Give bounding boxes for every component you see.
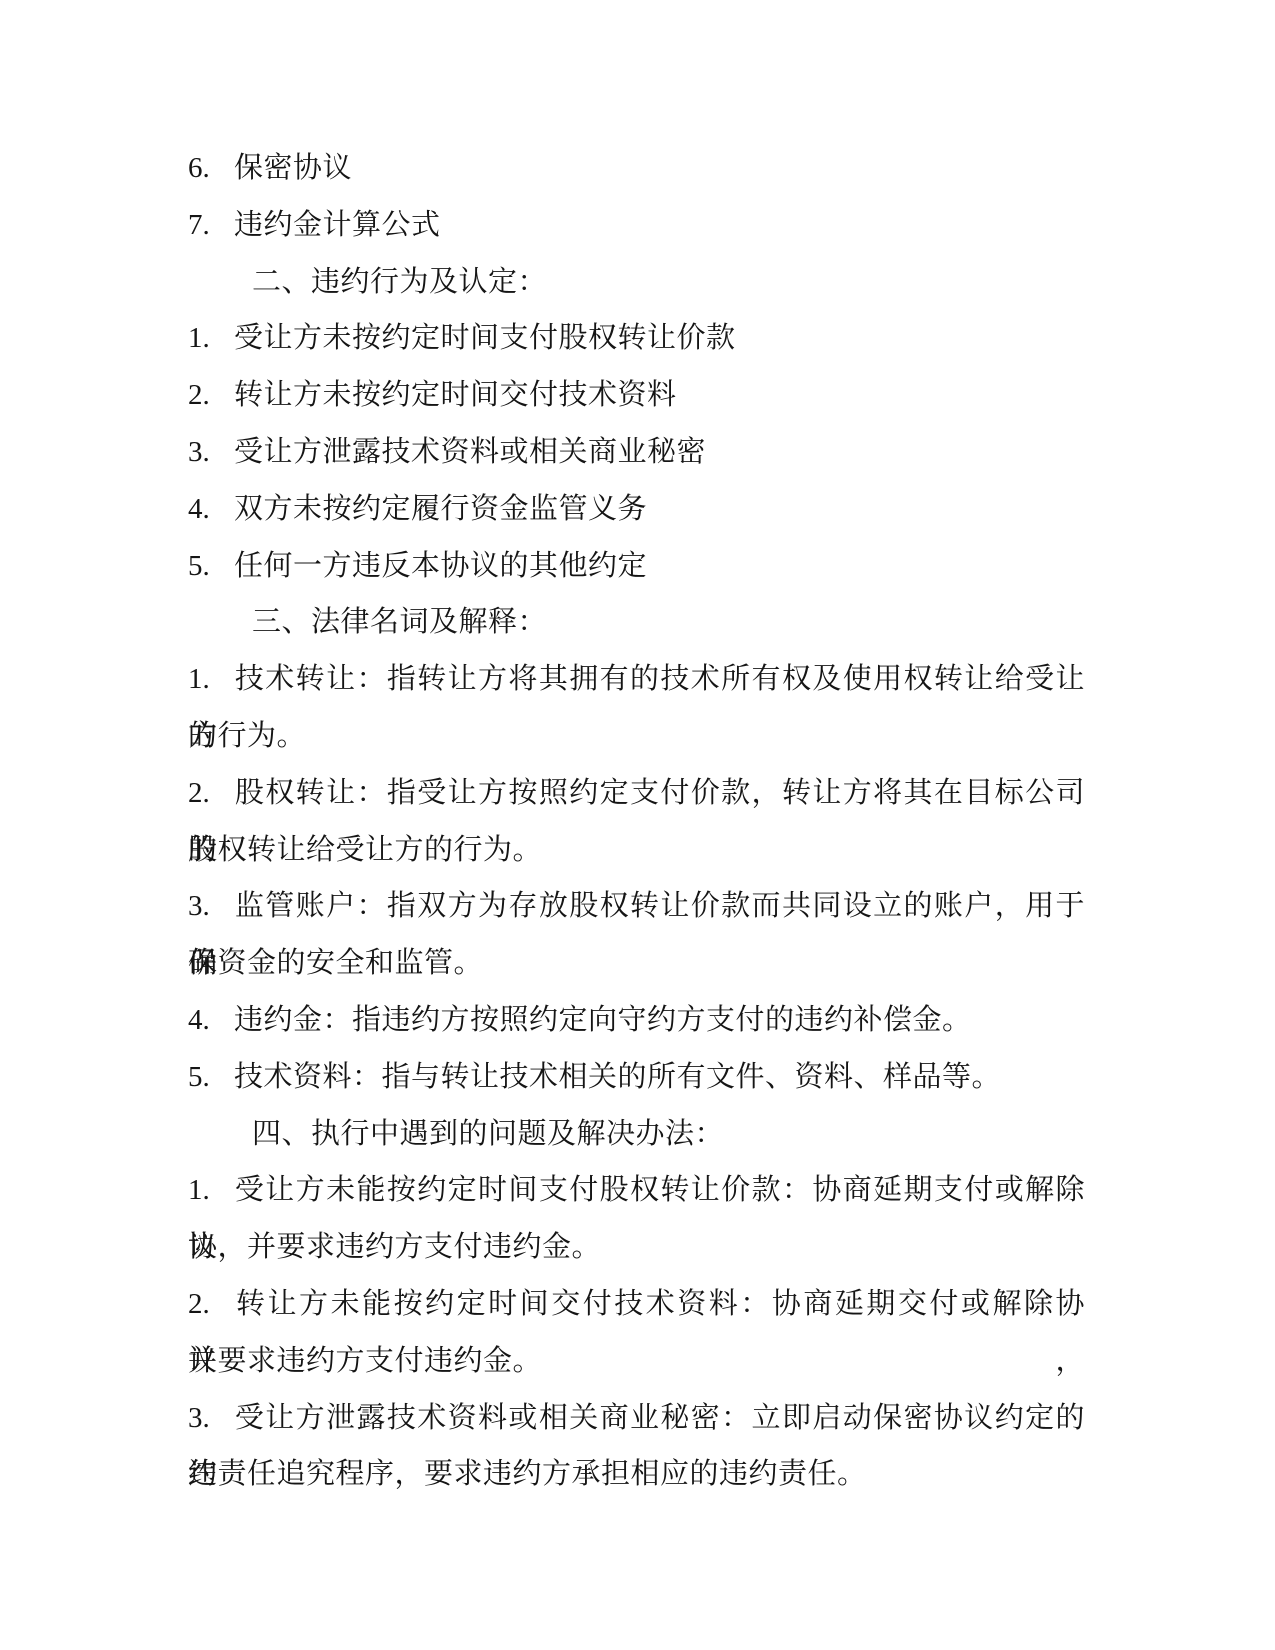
section-heading: 二、违约行为及认定： — [188, 254, 1085, 311]
list-item: 3.受让方泄露技术资料或相关商业秘密 — [188, 424, 1085, 481]
section-heading: 四、执行中遇到的问题及解决办法： — [188, 1106, 1085, 1163]
list-item: 1.受让方未按约定时间支付股权转让价款 — [188, 310, 1085, 367]
list-number: 7. — [188, 197, 234, 254]
list-number: 5. — [188, 538, 234, 595]
list-item-text: 任何一方违反本协议的其他约定 — [234, 550, 647, 582]
list-item: 3.监管账户：指双方为存放股权转让价款而共同设立的账户，用于确 — [188, 878, 1085, 935]
list-item: 2.转让方未按约定时间交付技术资料 — [188, 367, 1085, 424]
list-item-text: 转让方未按约定时间交付技术资料 — [234, 379, 677, 411]
list-number: 3. — [188, 1390, 234, 1447]
paragraph-continuation: 股权转让给受让方的行为。 — [188, 822, 1085, 879]
section-heading: 三、法律名词及解释： — [188, 594, 1085, 651]
list-item-text: 违约金：指违约方按照约定向守约方支付的违约补偿金。 — [234, 1004, 972, 1036]
list-number: 2. — [188, 367, 234, 424]
paragraph-continuation: 保资金的安全和监管。 — [188, 935, 1085, 992]
list-item: 4.违约金：指违约方按照约定向守约方支付的违约补偿金。 — [188, 992, 1085, 1049]
list-item-text: 技术资料：指与转让技术相关的所有文件、资料、样品等。 — [234, 1061, 1001, 1093]
list-number: 2. — [188, 1276, 234, 1333]
list-number: 2. — [188, 765, 234, 822]
list-number: 4. — [188, 481, 234, 538]
document-text-block: 6.保密协议 7.违约金计算公式 二、违约行为及认定： 1.受让方未按约定时间支… — [188, 140, 1085, 1503]
list-item-text: 保密协议 — [234, 152, 352, 184]
document-page: 6.保密协议 7.违约金计算公式 二、违约行为及认定： 1.受让方未按约定时间支… — [0, 0, 1275, 1650]
list-item-text: 受让方未按约定时间支付股权转让价款 — [234, 322, 736, 354]
list-number: 4. — [188, 992, 234, 1049]
list-item: 3.受让方泄露技术资料或相关商业秘密：立即启动保密协议约定的违 — [188, 1390, 1085, 1447]
list-number: 3. — [188, 878, 234, 935]
list-item: 6.保密协议 — [188, 140, 1085, 197]
list-item-text: 违约金计算公式 — [234, 209, 441, 241]
list-number: 3. — [188, 424, 234, 481]
paragraph-continuation: 议，并要求违约方支付违约金。 — [188, 1219, 1085, 1276]
list-item: 4.双方未按约定履行资金监管义务 — [188, 481, 1085, 538]
list-item: 7.违约金计算公式 — [188, 197, 1085, 254]
list-item: 5.任何一方违反本协议的其他约定 — [188, 538, 1085, 595]
list-item: 2.股权转让：指受让方按照约定支付价款，转让方将其在目标公司的 — [188, 765, 1085, 822]
list-item: 1.受让方未能按约定时间支付股权转让价款：协商延期支付或解除协 — [188, 1162, 1085, 1219]
list-item-text: 受让方泄露技术资料或相关商业秘密 — [234, 436, 706, 468]
list-item: 2.转让方未能按约定时间交付技术资料：协商延期交付或解除协议， — [188, 1276, 1085, 1333]
paragraph-continuation: 的行为。 — [188, 708, 1085, 765]
paragraph-continuation: 约责任追究程序，要求违约方承担相应的违约责任。 — [188, 1446, 1085, 1503]
list-number: 1. — [188, 651, 234, 708]
list-number: 5. — [188, 1049, 234, 1106]
list-item: 5.技术资料：指与转让技术相关的所有文件、资料、样品等。 — [188, 1049, 1085, 1106]
list-number: 1. — [188, 310, 234, 367]
list-item-text: 双方未按约定履行资金监管义务 — [234, 493, 647, 525]
list-number: 1. — [188, 1162, 234, 1219]
list-number: 6. — [188, 140, 234, 197]
list-item: 1.技术转让：指转让方将其拥有的技术所有权及使用权转让给受让方 — [188, 651, 1085, 708]
